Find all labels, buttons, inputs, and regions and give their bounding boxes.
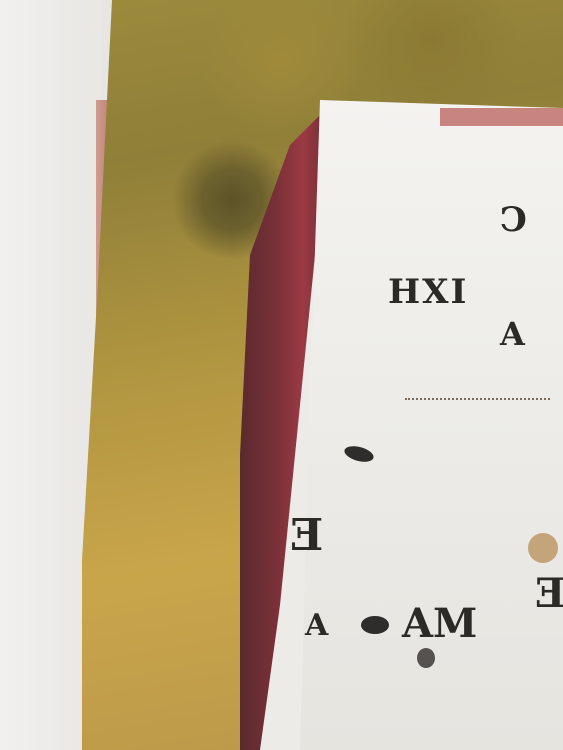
red-top-stripe [440,108,563,126]
inscription-top-right: Ͻ [500,200,527,240]
ink-dot-small [417,648,435,668]
inscription-bottom-a: A [305,608,328,643]
photo-scene: Ͻ HXI A Ǝ A AM Ǝ [0,0,563,750]
dotted-guide-line [405,398,550,400]
inscription-right-mark: Ǝ [535,570,563,617]
inscription-word: HXI [388,272,468,312]
inscription-left-mark: Ǝ [290,510,324,561]
ink-dot [361,616,389,634]
gold-dot [528,533,558,563]
inscription-bottom-am: AM [402,600,477,647]
inscription-letter-a: A [500,315,525,353]
